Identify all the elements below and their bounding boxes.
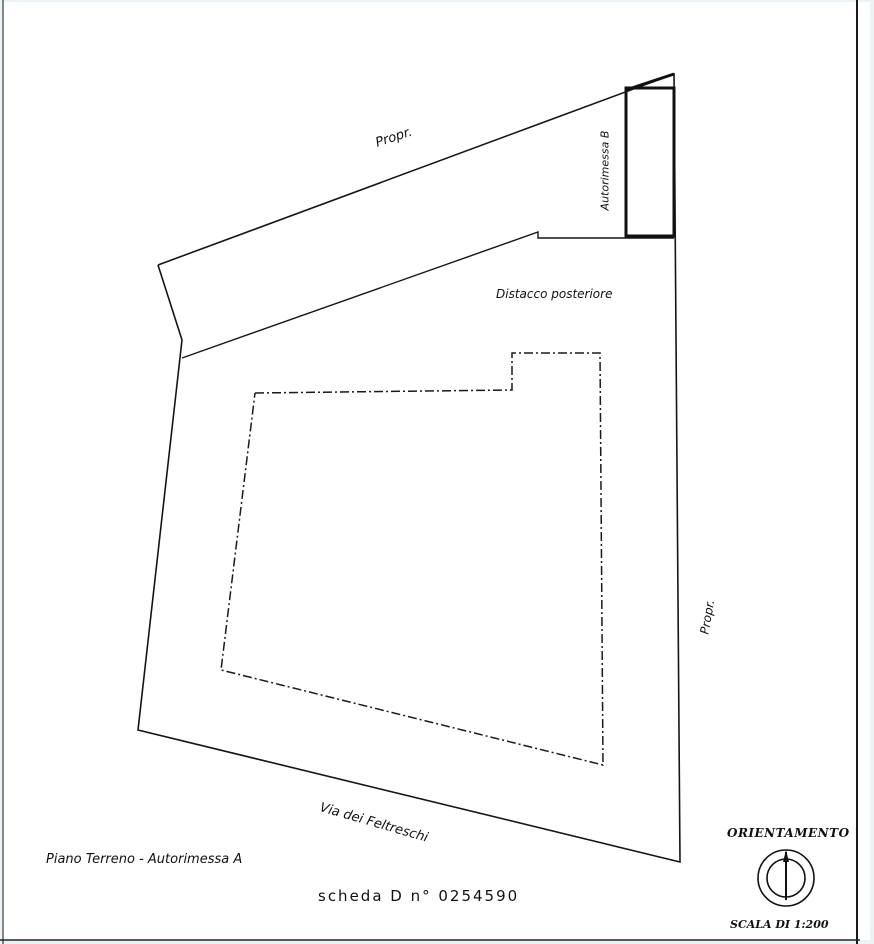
north-arrow-compass-icon [758,850,814,906]
label-scheda-number: scheda D n° 0254590 [318,887,519,905]
label-orientamento: ORIENTAMENTO [727,826,850,840]
autorimessa-b-unit [626,88,674,236]
label-distacco-posteriore: Distacco posteriore [496,287,612,301]
label-scale: SCALA DI 1:200 [730,918,829,931]
label-floor-title: Piano Terreno - Autorimessa A [46,852,242,867]
building-footprint-dashed [221,353,603,765]
label-autorimessa-b: Autorimessa B [599,116,612,226]
floor-plan-drawing [0,0,874,944]
